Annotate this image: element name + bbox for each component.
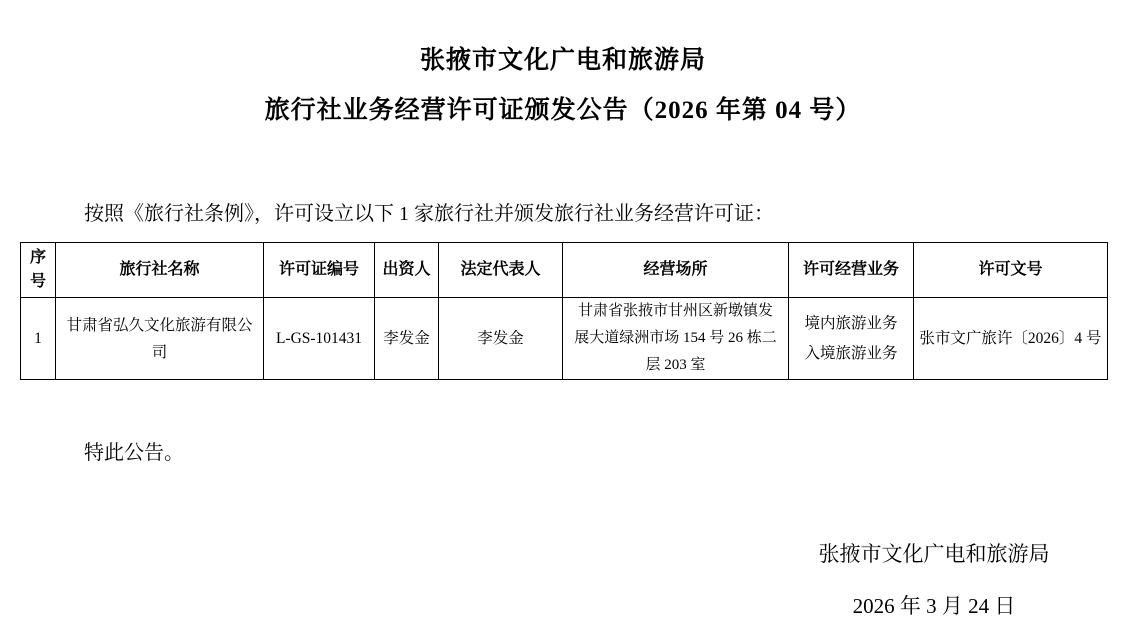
col-header-index: 序号 (21, 243, 56, 298)
page-title: 张掖市文化广电和旅游局 (0, 40, 1126, 76)
col-header-business-address: 经营场所 (563, 243, 789, 298)
cell-license-no: L-GS-101431 (264, 298, 375, 380)
table-row: 1 甘肃省弘久文化旅游有限公司 L-GS-101431 李发金 李发金 甘肃省张… (21, 298, 1108, 380)
cell-business-address: 甘肃省张掖市甘州区新墩镇发展大道绿洲市场 154 号 26 栋二层 203 室 (563, 298, 789, 380)
cell-agency-name: 甘肃省弘久文化旅游有限公司 (56, 298, 264, 380)
announcement-document: 张掖市文化广电和旅游局 旅行社业务经营许可证颁发公告（2026 年第 04 号）… (0, 0, 1126, 627)
page-subtitle: 旅行社业务经营许可证颁发公告（2026 年第 04 号） (0, 90, 1126, 126)
license-table: 序号 旅行社名称 许可证编号 出资人 法定代表人 经营场所 许可经营业务 许可文… (20, 242, 1108, 380)
col-header-investor: 出资人 (375, 243, 439, 298)
cell-approval-doc-no: 张市文广旅许〔2026〕4 号 (914, 298, 1108, 380)
closing-statement: 特此公告。 (84, 436, 184, 465)
cell-legal-representative: 李发金 (439, 298, 563, 380)
cell-investor: 李发金 (375, 298, 439, 380)
cell-licensed-business: 境内旅游业务 入境旅游业务 (789, 298, 914, 380)
col-header-approval-doc-no: 许可文号 (914, 243, 1108, 298)
table-header-row: 序号 旅行社名称 许可证编号 出资人 法定代表人 经营场所 许可经营业务 许可文… (21, 243, 1108, 298)
col-header-legal-representative: 法定代表人 (439, 243, 563, 298)
licensed-business-line-1: 境内旅游业务 (789, 309, 913, 339)
col-header-agency-name: 旅行社名称 (56, 243, 264, 298)
signature-date: 2026 年 3 月 24 日 (684, 590, 1126, 620)
signature-org: 张掖市文化广电和旅游局 (684, 538, 1126, 568)
cell-index: 1 (21, 298, 56, 380)
col-header-licensed-business: 许可经营业务 (789, 243, 914, 298)
col-header-license-no: 许可证编号 (264, 243, 375, 298)
licensed-business-line-2: 入境旅游业务 (789, 339, 913, 369)
intro-paragraph: 按照《旅行社条例》，许可设立以下 1 家旅行社并颁发旅行社业务经营许可证： (84, 197, 774, 226)
